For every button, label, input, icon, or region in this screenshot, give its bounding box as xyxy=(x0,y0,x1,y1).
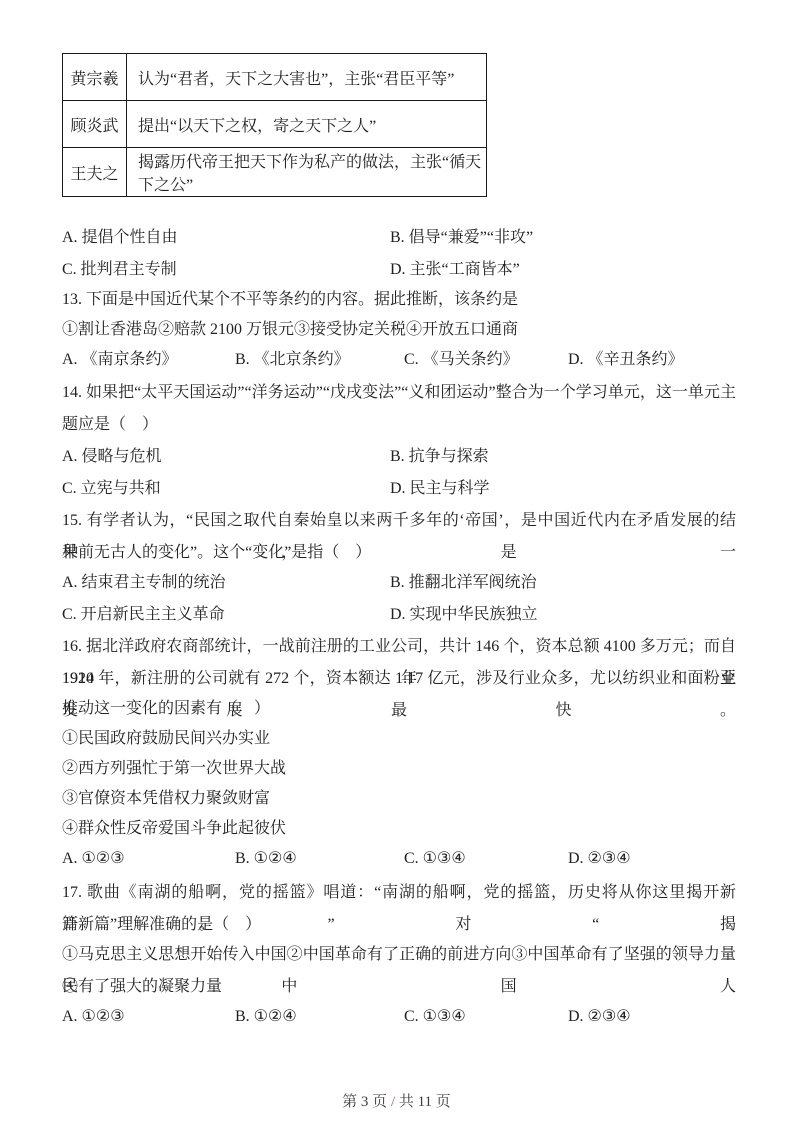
q16-item-3: ③官僚资本凭借权力聚敛财富 xyxy=(62,783,270,815)
q15-option-c: C. 开启新民主主义革命 xyxy=(62,599,225,631)
q17-items-line-2: 民有了强大的凝聚力量 xyxy=(62,971,222,1003)
page-footer: 第 3 页 / 共 11 页 xyxy=(0,1088,793,1116)
q14-options-row-2: C. 立宪与共和 D. 民主与科学 xyxy=(0,473,793,505)
q14-stem-line-1: 14. 如果把“太平天国运动”“洋务运动”“戊戌变法”“义和团运动”整合为一个学… xyxy=(62,377,736,409)
q17-options-row: A. ①②③ B. ①②④ C. ①③④ D. ②③④ xyxy=(0,1001,793,1033)
q12-options-row-2: C. 批判君主专制 D. 主张“工商皆本” xyxy=(0,254,793,286)
q16-item-1: ①民国政府鼓励民间兴办实业 xyxy=(62,723,270,755)
thinker-name: 黄宗羲 xyxy=(63,54,127,101)
q15-option-d: D. 实现中华民族独立 xyxy=(390,599,538,631)
q16-stem-line-3: 推动这一变化的因素有（ ） xyxy=(62,693,270,725)
footer-page-total: 共 11 页 xyxy=(395,1094,451,1110)
table-row: 王夫之 揭露历代帝王把天下作为私产的做法，主张“循天下之公” xyxy=(63,148,487,197)
q16-options-row: A. ①②③ B. ①②④ C. ①③④ D. ②③④ xyxy=(0,843,793,875)
q17-stem-line-2: 开新篇”理解准确的是（ ） xyxy=(62,909,261,941)
q14-option-b: B. 抗争与探索 xyxy=(390,441,489,473)
q17-option-b: B. ①②④ xyxy=(235,1001,297,1033)
q17-option-d: D. ②③④ xyxy=(568,1001,631,1033)
q17-option-c: C. ①③④ xyxy=(404,1001,466,1033)
thinker-view: 认为“君者，天下之大害也”，主张“君臣平等” xyxy=(127,54,487,101)
q13-stem: 13. 下面是中国近代某个不平等条约的内容。据此推断，该条约是 xyxy=(62,284,518,316)
exam-page: 黄宗羲 认为“君者，天下之大害也”，主张“君臣平等” 顾炎武 提出“以天下之权，… xyxy=(0,0,793,1122)
q16-stem-line-1: 16. 据北洋政府农商部统计，一战前注册的工业公司，共计 146 个，资本总额 … xyxy=(62,631,736,663)
q12-option-a: A. 提倡个性自由 xyxy=(62,222,178,254)
q15-options-row-1: A. 结束君主专制的统治 B. 推翻北洋军阀统治 xyxy=(0,567,793,599)
q12-option-c: C. 批判君主专制 xyxy=(62,254,177,286)
table-row: 顾炎武 提出“以天下之权，寄之天下之人” xyxy=(63,101,487,148)
table-row: 黄宗羲 认为“君者，天下之大害也”，主张“君臣平等” xyxy=(63,54,487,101)
thinker-name: 王夫之 xyxy=(63,148,127,197)
q14-option-c: C. 立宪与共和 xyxy=(62,473,161,505)
q14-stem-line-2: 题应是（ ） xyxy=(62,409,158,441)
q14-options-row-1: A. 侵略与危机 B. 抗争与探索 xyxy=(0,441,793,473)
q15-option-a: A. 结束君主专制的统治 xyxy=(62,567,226,599)
q17-stem-line-1: 17. 歌曲《南湖的船啊，党的摇篮》唱道：“南湖的船啊，党的摇篮，历史将从你这里… xyxy=(62,877,736,909)
thinker-view: 提出“以天下之权，寄之天下之人” xyxy=(127,101,487,148)
q16-item-2: ②西方列强忙于第一次世界大战 xyxy=(62,753,286,785)
q13-options-row: A. 《南京条约》 B. 《北京条约》 C. 《马关条约》 D. 《辛丑条约》 xyxy=(0,344,793,376)
q15-options-row-2: C. 开启新民主主义革命 D. 实现中华民族独立 xyxy=(0,599,793,631)
q16-stem-line-2: 1920 年，新注册的公司就有 272 个，资本额达 1.17 亿元，涉及行业众… xyxy=(62,663,736,695)
q12-option-b: B. 倡导“兼爱”“非攻” xyxy=(390,222,533,254)
q17-option-a: A. ①②③ xyxy=(62,1001,125,1033)
q13-items: ①割让香港岛②赔款 2100 万银元③接受协定关税④开放五口通商 xyxy=(62,314,518,346)
q13-option-a: A. 《南京条约》 xyxy=(62,344,178,376)
q16-option-b: B. ①②④ xyxy=(235,843,297,875)
q12-option-d: D. 主张“工商皆本” xyxy=(390,254,520,286)
q15-stem-line-2: 种前无古人的变化”。这个“变化”是指（ ） xyxy=(62,537,371,569)
q16-option-c: C. ①③④ xyxy=(404,843,466,875)
q17-items-line-1: ①马克思主义思想开始传入中国②中国革命有了正确的前进方向③中国革命有了坚强的领导… xyxy=(62,939,736,971)
thinker-table: 黄宗羲 认为“君者，天下之大害也”，主张“君臣平等” 顾炎武 提出“以天下之权，… xyxy=(62,53,487,197)
q14-option-a: A. 侵略与危机 xyxy=(62,441,162,473)
thinker-view: 揭露历代帝王把天下作为私产的做法，主张“循天下之公” xyxy=(127,148,487,197)
thinker-name: 顾炎武 xyxy=(63,101,127,148)
q15-option-b: B. 推翻北洋军阀统治 xyxy=(390,567,537,599)
q16-option-a: A. ①②③ xyxy=(62,843,125,875)
q15-stem-line-1: 15. 有学者认为，“民国之取代自秦始皇以来两千多年的‘帝国’，是中国近代内在矛… xyxy=(62,505,736,537)
q13-option-d: D. 《辛丑条约》 xyxy=(568,344,684,376)
q12-options-row-1: A. 提倡个性自由 B. 倡导“兼爱”“非攻” xyxy=(0,222,793,254)
q16-option-d: D. ②③④ xyxy=(568,843,631,875)
q16-item-4: ④群众性反帝爱国斗争此起彼伏 xyxy=(62,813,286,845)
q13-option-b: B. 《北京条约》 xyxy=(235,344,350,376)
footer-page-current: 第 3 页 xyxy=(342,1094,391,1110)
q14-option-d: D. 民主与科学 xyxy=(390,473,490,505)
q13-option-c: C. 《马关条约》 xyxy=(404,344,519,376)
